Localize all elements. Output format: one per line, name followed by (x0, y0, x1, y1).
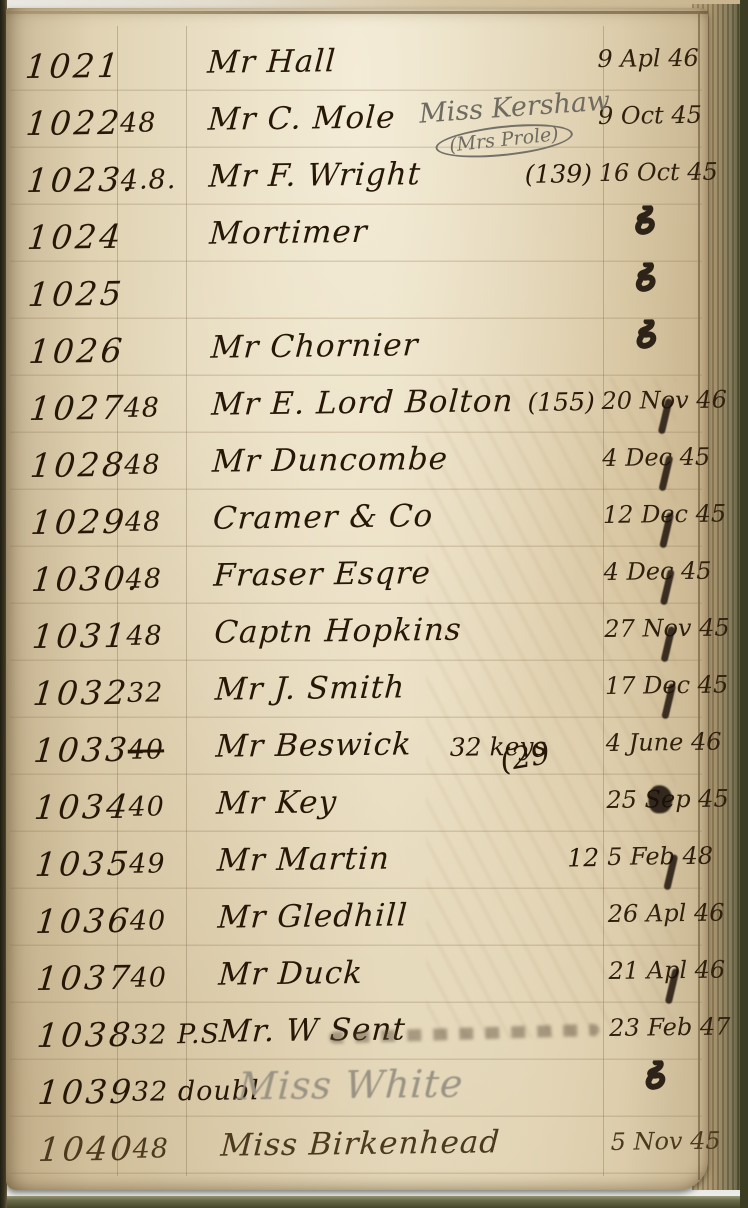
ledger-row: 1023. 4.8. Mr F. Wright (139) 16 Oct 45 (0, 144, 703, 210)
ledger-rows: 1021 Mr Hall 9 Apl 46 1022 48 Mr C. Mole… (0, 30, 715, 1178)
entry-number: 1035 (34, 847, 133, 881)
reference-number (527, 332, 593, 333)
entry-number: 1021 (24, 49, 123, 83)
entry-date: 9 Oct 45 (598, 103, 702, 128)
entry-number: 1033 (32, 733, 131, 767)
entry-number: 1032 (32, 676, 131, 710)
ink-blob (648, 785, 672, 813)
customer-name: Mr Key (216, 787, 338, 819)
entry-date: 4 Dec 45 (602, 445, 710, 470)
customer-name: Fraser Esqre (213, 558, 432, 592)
size-value: 4.8. (121, 166, 177, 194)
ink-blot (631, 205, 658, 251)
entry-number: 1026 (27, 334, 126, 368)
reference-number (523, 47, 589, 48)
entry-number: 1027 (28, 391, 127, 425)
ledger-row: 1040 48 Miss Birkenhead 5 Nov 45 (12, 1113, 715, 1179)
customer-name: Mr C. Mole (207, 102, 396, 135)
entry-number: 1036 (34, 904, 133, 938)
ink-blot (642, 1060, 669, 1106)
pencil-annotation: Miss Kershaw (Mrs Prole) (418, 85, 613, 161)
entry-number: 1028 (29, 448, 128, 482)
ledger-row: 1036 40 Mr Gledhill 26 Apl 46 (10, 885, 713, 951)
customer-name: Mr J. Smith (214, 672, 406, 705)
customer-name: Mr E. Lord Bolton (211, 386, 515, 421)
entry-date: 16 Oct 45 (599, 160, 718, 185)
size-value: 48 (125, 508, 162, 535)
reference-number (529, 560, 595, 561)
customer-name: Mortimer (209, 217, 369, 250)
reference-number: (139) (525, 161, 591, 187)
entry-number: 1039 (36, 1075, 135, 1109)
size-value: 32 (127, 679, 164, 706)
ledger-row: 1039 32 doubl Miss White (12, 1056, 715, 1122)
ink-blot (633, 319, 660, 365)
entry-number: 1029 (29, 505, 128, 539)
customer-name: Mr Duck (218, 958, 364, 991)
reference-number (535, 1016, 601, 1017)
ledger-row: 1028 48 Mr Duncombe 4 Dec 45 (4, 429, 707, 495)
reference-number (532, 788, 598, 789)
entry-date: 26 Apl 46 (608, 901, 725, 926)
size-value: 48 (132, 1135, 169, 1162)
reference-number (534, 902, 600, 903)
size-value: 40 (130, 964, 167, 991)
customer-name: Mr Martin (216, 844, 391, 877)
size-value: 40 (128, 736, 165, 763)
reference-number (528, 446, 594, 447)
ledger-row: 1035 49 Mr Martin 12 5 Feb 48 (9, 828, 712, 894)
customer-name: Mr Hall (206, 46, 337, 79)
entry-number: 1037 (35, 961, 134, 995)
reference-number (526, 275, 592, 276)
photo-frame-bottom (0, 1196, 748, 1208)
ledger-row: 1031 48 Captn Hopkins 27 Nov 45 (6, 600, 709, 666)
ledger-page: 1021 Mr Hall 9 Apl 46 1022 48 Mr C. Mole… (6, 8, 708, 1190)
size-value: 40 (130, 907, 167, 934)
customer-name: Mr Chornier (210, 330, 419, 364)
entry-number: 1034 (33, 790, 132, 824)
reference-number (536, 1073, 602, 1074)
size-value: 48 (124, 451, 161, 478)
size-value: 40 (128, 793, 165, 820)
size-value: 49 (129, 850, 166, 877)
ledger-row: 1026 Mr Chornier (3, 315, 706, 381)
ledger-row: 1030. 48 Fraser Esqre 4 Dec 45 (5, 543, 708, 609)
customer-name: Cramer & Co (212, 501, 434, 535)
ledger-row: 1034 40 Mr Key 25 Sep 45 (8, 771, 711, 837)
entry-number: 1024 (26, 220, 125, 254)
reference-number (525, 218, 591, 219)
page-top-edge-line (6, 11, 708, 14)
entry-date: 5 Nov 45 (610, 1129, 720, 1154)
ledger-row: 1024 Mortimer (1, 201, 704, 267)
reference-number: (155) (527, 389, 593, 415)
ledger-row: 1038 32 P.S Mr. W Sent 23 Feb 47 (11, 999, 714, 1065)
entry-number: 1031 (31, 619, 130, 653)
ledger-row: 1033 40 Mr Beswick 32 keys 4 June 46 (7, 714, 710, 780)
ink-blot (632, 262, 659, 308)
customer-name: Captn Hopkins (213, 615, 462, 649)
entry-date: 5 Feb 48 (607, 844, 713, 869)
ledger-row: 1032 32 Mr J. Smith 17 Dec 45 (7, 657, 710, 723)
entry-date: 21 Apl 46 (608, 958, 725, 983)
entry-date: 9 Apl 46 (597, 46, 699, 71)
reference-number (529, 503, 595, 504)
ledger-row: 1029 48 Cramer & Co 12 Dec 45 (5, 486, 708, 552)
customer-name: Mr Duncombe (211, 444, 449, 478)
size-value: 48 (123, 394, 160, 421)
ledger-row: 1027 48 Mr E. Lord Bolton (155) 20 Nov 4… (3, 372, 706, 438)
entry-number: 1040 (37, 1132, 136, 1166)
customer-name: Mr F. Wright (208, 159, 422, 193)
reference-number: 12 (533, 845, 599, 871)
size-value: 48 (126, 622, 163, 649)
entry-date: 4 Dec 45 (603, 559, 711, 584)
customer-name: Mr Gledhill (217, 900, 409, 933)
customer-name: Miss White (237, 1065, 465, 1106)
size-value: 48 (120, 109, 157, 136)
entry-number: 1025 (27, 277, 126, 311)
entry-number: 1038 (36, 1018, 135, 1052)
ledger-row: 1037 40 Mr Duck 21 Apl 46 (10, 942, 713, 1008)
reference-number (531, 674, 597, 675)
customer-name: Miss Birkenhead (220, 1127, 501, 1161)
reference-number (534, 959, 600, 960)
customer-name: Mr Beswick (215, 729, 413, 762)
ledger-row: 1025 (2, 258, 705, 324)
reference-number (530, 617, 596, 618)
reference-number (536, 1130, 602, 1131)
entry-date: 4 June 46 (606, 730, 722, 755)
entry-date: 23 Feb 47 (609, 1014, 731, 1039)
size-value: 32 P.S (131, 1021, 220, 1049)
size-value: 48 (126, 565, 163, 592)
entry-number: 1022 (25, 106, 124, 140)
photo-frame-right (740, 0, 748, 1208)
